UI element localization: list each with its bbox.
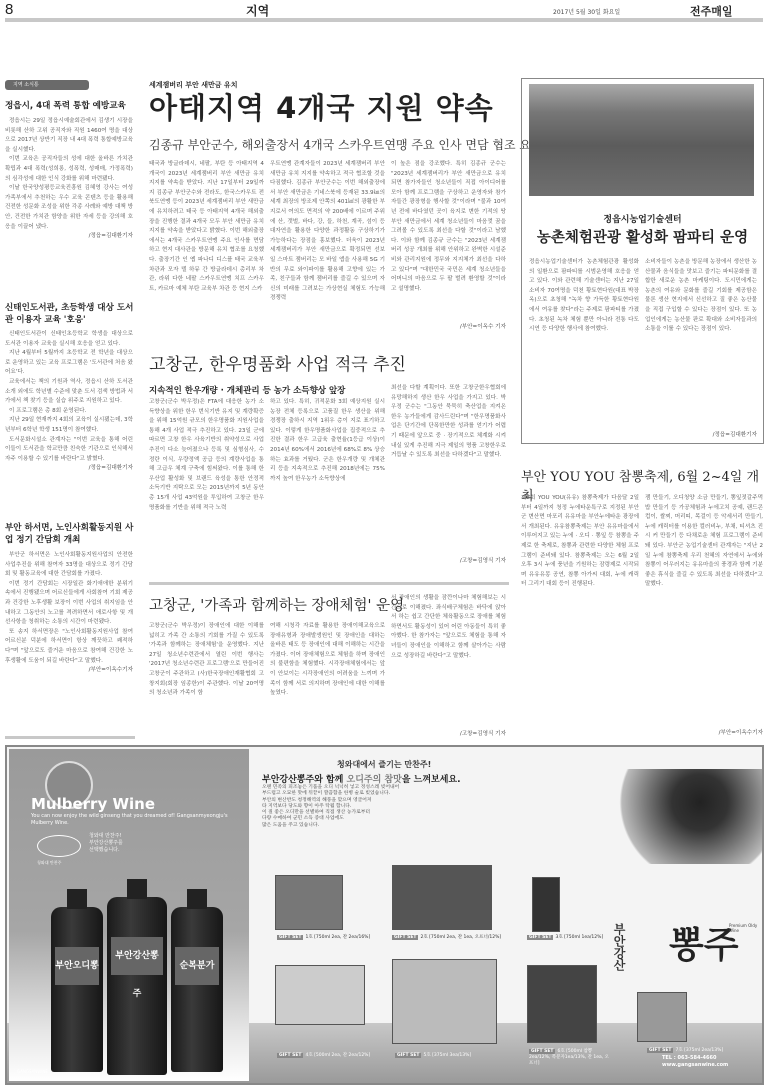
article-body: 정읍시는 29일 정읍시예술회관에서 김생기 시장을 비롯해 산하 고위 공직자…: [5, 117, 133, 307]
gift-set-spec: 750ml 2ea, 잔 1ea, 오프너/12%: [431, 935, 500, 940]
gift-set-number: 6호: [557, 1049, 564, 1054]
page-number: 8: [5, 1, 13, 18]
lead-subheadline: 김종규 부안군수, 해외출장서 4개국 스카우트연맹 주요 인사 면담 협조 요…: [149, 136, 543, 153]
bottle-image: 순복분가: [171, 907, 223, 1072]
ad-headline-2: 부안강산뽕주와 함께 오디주의 참맛을 느껴보세요.: [262, 772, 461, 785]
paragraph: 이번 교육은 공직자들의 성에 대한 올바른 가치관 확립과 4대 폭력(성희롱…: [5, 155, 133, 184]
newspaper-name: 전주매일: [690, 3, 733, 19]
gift-set-spec: 375ml 2ea/13%: [686, 1048, 722, 1053]
farm-headline: 농촌체험관광 활성화 팜파티 운영: [521, 226, 764, 247]
hanwoo-column-1: 고창군(군수 박우정)은 FTA에 대응한 농가 소득향상을 위한 한우 번식기…: [149, 398, 264, 563]
paragraph: 이 프로그램은 총 8회 운영된다.: [5, 407, 133, 417]
bottle-label: 부안오디뽕: [55, 947, 99, 985]
farm-column-1: 정읍시농업기술센터가 농촌체험관광 활성화의 일환으로 팜파티를 시범운영해 호…: [529, 258, 639, 428]
gift-set-caption: GIFT SET2호 [750ml 2ea, 잔 1ea, 오프너/12%]: [392, 934, 501, 940]
farm-party-photo: [529, 84, 754, 196]
disability-headline: 고창군, '가족과 함께하는 장애체험' 운영: [149, 594, 404, 615]
disability-column-3: 서 장애인의 생활을 잠깐이나마 체험해보는 시간으로 이해졌다. 좌식배구체험…: [391, 594, 506, 729]
gift-set-caption: GIFT SET5호 [375ml 3ea/13%]: [395, 1052, 471, 1058]
lead-column-3: 이 높은 점을 강조했다. 특히 김종규 군수는 "2023년 세계잼버리가 부…: [391, 160, 506, 320]
farm-column-2: 소비자들이 농촌을 방문해 농장에서 생산한 농산물과 음식들을 맛보고 즐기는…: [645, 258, 757, 428]
phone-number: TEL : 063-584-4660: [662, 1055, 728, 1062]
paragraph: 정읍시는 29일 정읍시예술회관에서 김생기 시장을 비롯해 산하 고위 공직자…: [5, 117, 133, 155]
paragraph: 교육에서는 책의 기원과 역사, 정읍시 산하 도서관 소개 외에도 학년별 수…: [5, 378, 133, 407]
mulberry-photo: [607, 769, 762, 864]
gift-set-label: GIFT SET: [527, 935, 553, 940]
gift-set-caption: GIFT SET7호 [375ml 2ea/13%]: [647, 1047, 723, 1053]
section-badge: 지역 소식통: [5, 80, 89, 90]
gift-set-label: GIFT SET: [392, 935, 418, 940]
headline-highlight: 오디주의 참맛: [347, 775, 402, 785]
header-rule: [5, 18, 763, 22]
article-body: 신태인도서관이 신태인초등학교 학생을 대상으로 도서관 이용자 교육을 실시해…: [5, 330, 133, 506]
gift-set-image: [532, 877, 560, 932]
divider: [5, 736, 135, 739]
gift-set-label: GIFT SET: [395, 1053, 421, 1058]
slogan-line: 청와대 만찬주!: [89, 833, 123, 840]
paragraph: 도서문화시설소 관계자는 "이번 교육을 통해 어린이들이 도서관을 학교만큼 …: [5, 436, 133, 465]
gift-set-spec: 500ml 2ea, 잔 2ea/12%: [316, 1053, 369, 1058]
ad-brand-sub: You can now enjoy the wild ginseng that …: [31, 813, 231, 827]
gift-set-number: 1호: [305, 935, 312, 940]
paragraph: 부안군 하서면은 노인사회활동지원사업의 안전한 사업추진을 위해 참여자 33…: [5, 551, 133, 580]
gift-set-image: [392, 959, 497, 1044]
paragraph: 신태인도서관이 신태인초등학교 학생을 대상으로 도서관 이용자 교육을 실시해…: [5, 330, 133, 349]
gift-set-spec: 375ml 3ea/13%: [434, 1053, 470, 1058]
page-header: 8 지역 2017년 5월 30일 화요일 전주매일: [0, 0, 768, 20]
article-headline: 정읍시, 4대 폭력 통합 예방교육: [5, 100, 135, 112]
paragraph: 이번 정기 간담회는 시장일관 화기애애한 분위기 속에서 진행됐으며 어르신들…: [5, 580, 133, 628]
disability-column-2: 여해 시청각 자료를 활용한 장애이해교육으로 장애유형과 장애발생원인 및 장…: [270, 622, 385, 737]
gift-set-label: GIFT SET: [277, 1053, 303, 1058]
gift-set-number: 3호: [555, 935, 562, 940]
byline: /부안=이옥수 기자: [391, 322, 506, 330]
gift-set-caption: GIFT SET4호 [500ml 2ea, 잔 2ea/12%]: [277, 1052, 370, 1058]
festival-column-1: 제8회 YOU YOU(유유) 참뽕축제가 다음달 2일부터 4일까지 청정 누…: [521, 494, 639, 734]
byline: /부안=이옥수기자: [5, 666, 133, 676]
section-title: 지역: [246, 2, 269, 19]
gift-set-image: [527, 965, 597, 1043]
gift-set-label: GIFT SET: [277, 935, 303, 940]
headline-text: 을 느껴보세요.: [402, 775, 461, 785]
premium-label: Premium Oldy Wine: [729, 923, 759, 933]
gift-set-label: GIFT SET: [647, 1048, 673, 1053]
gift-set-caption: GIFT SET1호 [750ml 2ea, 잔 2ea/16%]: [277, 934, 370, 940]
gift-set-spec: 750ml 1ea/12%: [566, 935, 602, 940]
bottle-label: 부안강산뽕주: [111, 937, 163, 975]
gift-set-spec: 750ml 2ea, 잔 2ea/16%: [316, 935, 369, 940]
byline: /고창=김영식 기자: [391, 556, 506, 564]
website-link[interactable]: www.gangsanwine.com: [662, 1062, 728, 1069]
lead-headline: 아태지역 4개국 지원 약속: [149, 90, 494, 126]
lead-kicker: 세계잼버리 부안 새만금 유치: [149, 80, 237, 90]
badge-label: 지역 소식통: [13, 82, 39, 88]
bottle-image: 부안오디뽕: [51, 907, 103, 1072]
lead-column-1: 태국과 방글라데시, 네팔, 부탄 등 아태지역 4개국이 2023년 세계잼버…: [149, 160, 264, 330]
paragraph: 또 송지 하서면장은 "노인사회활동지원사업 참여 어르신분 덕분에 하서면이 …: [5, 628, 133, 666]
farm-kicker: 정읍시농업기술센터: [521, 212, 764, 225]
ad-body: 오랜 민족의 피조놓은 기품을 오디 넉넉히 넣고 정성스레 빚어내어 부드럽고…: [262, 785, 502, 829]
headline-text: 부안강산뽕주와 함께: [262, 775, 347, 785]
byline: /부안=이옥수기자: [645, 728, 763, 736]
gift-set-caption: GIFT SET3호 [750ml 1ea/12%]: [527, 934, 603, 940]
byline: /정읍=김대환기자: [645, 430, 757, 438]
ad-brand-vertical: 부안강산: [611, 923, 628, 971]
slogan-line: 선택했습니다.: [89, 847, 123, 854]
ad-brand-title: Mulberry Wine: [31, 795, 155, 813]
slogan-line: 부안강산뽕주를: [89, 840, 123, 847]
ad-headline-1: 청와대에서 즐기는 만찬주!: [337, 759, 431, 770]
ad-slogan: 청와대 만찬주! 부안강산뽕주를 선택했습니다.: [89, 833, 123, 854]
gift-set-image: [275, 875, 343, 930]
gift-set-number: 2호: [420, 935, 427, 940]
hanwoo-column-3: 최선을 다할 계획이다. 또한 고창군한우협회에 유망해하지 생산 한우 사업을…: [391, 384, 506, 554]
bottle-label: 순복분가: [175, 947, 219, 985]
mulberry-wine-advertisement: Mulberry Wine You can now enjoy the wild…: [5, 745, 764, 1085]
hanwoo-subheadline: 지속적인 한우개량 · 개체관리 등 농가 소득향상 앞장: [149, 384, 345, 396]
issue-date: 2017년 5월 30일 화요일: [553, 7, 620, 16]
byline: /정읍=김대환기자: [5, 464, 133, 474]
emblem-caption: 청와대 만찬주: [37, 860, 61, 866]
gift-set-image: [392, 865, 492, 930]
ad-body-line: 많은 도움을 주고 있습니다.: [262, 823, 502, 829]
byline: /고창=김영식 기자: [391, 729, 506, 737]
paragraph: 지난 29일 현재까지 4회의 교육이 실시됐는데, 3학년부터 6학년 학생 …: [5, 416, 133, 435]
paragraph: 이날 한국양성평등교육진흥원 김혜영 강사는 여성가족부에서 추천하는 우수 교…: [5, 184, 133, 232]
article-headline: 부안 하서면, 노인사회활동지원 사업 정기 간담회 개최: [5, 522, 135, 546]
gift-set-caption: GIFT SET6호 [500ml 참뽕2ea/12%, 복분자1ea/13%,…: [529, 1049, 609, 1067]
festival-column-2: 잼 만들기, 오디청양 소금 만들기, 뽕잎젓갈주먹밥 만들기 등 가공체험과 …: [645, 494, 763, 726]
bottle-image: 부안강산뽕주: [107, 897, 167, 1075]
hanwoo-column-2: 하고 있다. 특히, 귀적문화 3회 예상지원 실시농장 전체 등록으로 고품질…: [270, 398, 385, 563]
divider: [149, 582, 509, 585]
gift-set-number: 7호: [675, 1048, 682, 1053]
gift-set-label: GIFT SET: [529, 1049, 555, 1054]
ad-footer-brand: GANGSANWINE: [17, 1069, 48, 1074]
ad-contact: TEL : 063-584-4660 www.gangsanwine.com: [662, 1055, 728, 1069]
gift-set-number: 5호: [423, 1053, 430, 1058]
byline: /정읍=김대환기자: [5, 232, 133, 242]
gift-set-image: [637, 992, 687, 1042]
blue-house-emblem-icon: [37, 835, 81, 857]
gift-set-image: [275, 965, 365, 1025]
paragraph: 지난 4월부터 5월까지 초등학교 전 학년을 대상으로 운영하고 있는 교육 …: [5, 349, 133, 378]
article-body: 부안군 하서면은 노인사회활동지원사업의 안전한 사업추진을 위해 참여자 33…: [5, 551, 133, 731]
lead-column-2: 우트연맹 관계자들이 2023년 세계잼버리 부안 새만금 유치 지지를 약속하…: [270, 160, 385, 330]
article-headline: 신태인도서관, 초등학생 대상 도서관 이용자 교육 '호응': [5, 302, 135, 326]
hanwoo-headline: 고창군, 한우명품화 사업 적극 추진: [149, 350, 406, 375]
disability-column-1: 고창군(군수 박우정)이 장애인에 대한 이해를 넓히고 가족 간 소통의 기회…: [149, 622, 264, 737]
gift-set-number: 4호: [305, 1053, 312, 1058]
